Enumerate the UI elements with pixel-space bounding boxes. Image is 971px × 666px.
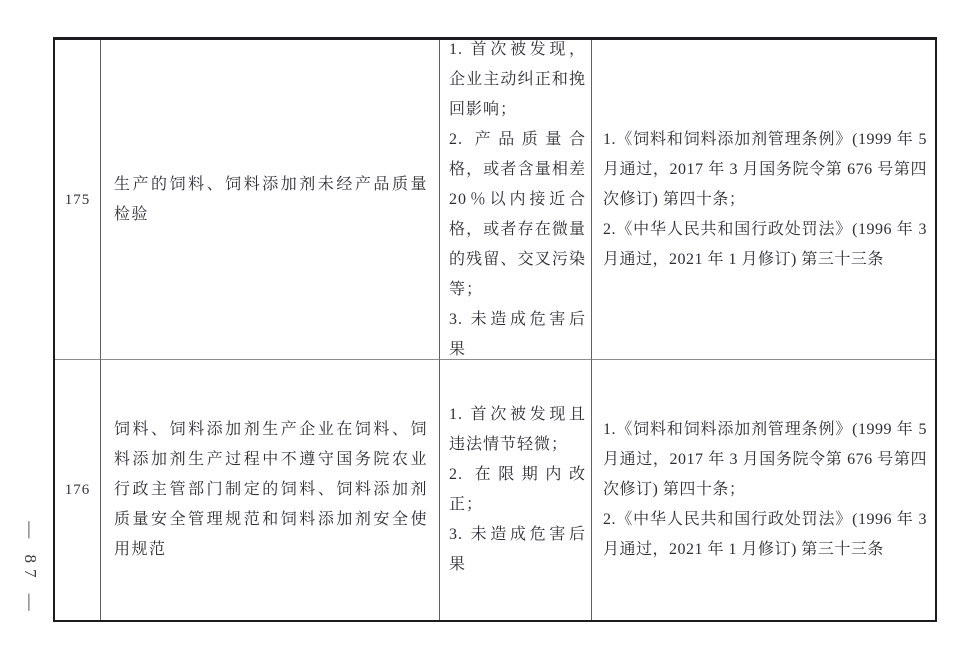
legal-basis-item: 2.《中华人民共和国行政处罚法》(1996 年 3 月通过，2021 年 1 月… xyxy=(603,215,927,275)
row-id: 175 xyxy=(65,185,91,215)
condition-item: 2. 在限期内改正； xyxy=(449,460,586,520)
legal-basis-item: 1.《饲料和饲料添加剂管理条例》(1999 年 5 月通过，2017 年 3 月… xyxy=(603,415,927,505)
document-page: — 87 — 175 生产的饲料、饲料添加剂未经产品质量检验 1. 首次被发现，… xyxy=(0,0,971,666)
violation-cell: 生产的饲料、饲料添加剂未经产品质量检验 xyxy=(101,40,440,360)
violation-text: 饲料、饲料添加剂生产企业在饲料、饲料添加剂生产过程中不遵守国务院农业行政主管部门… xyxy=(114,415,428,565)
legal-basis-cell: 1.《饲料和饲料添加剂管理条例》(1999 年 5 月通过，2017 年 3 月… xyxy=(592,360,935,620)
regulation-table: 175 生产的饲料、饲料添加剂未经产品质量检验 1. 首次被发现，企业主动纠正和… xyxy=(53,37,937,622)
condition-item: 1. 首次被发现，企业主动纠正和挽回影响； xyxy=(449,40,586,125)
row-id: 176 xyxy=(65,475,91,505)
row-id-cell: 176 xyxy=(55,360,101,620)
condition-item: 1. 首次被发现且违法情节轻微； xyxy=(449,400,586,460)
legal-basis-cell: 1.《饲料和饲料添加剂管理条例》(1999 年 5 月通过，2017 年 3 月… xyxy=(592,40,935,360)
row-id-cell: 175 xyxy=(55,40,101,360)
legal-basis-item: 2.《中华人民共和国行政处罚法》(1996 年 3 月通过，2021 年 1 月… xyxy=(603,505,927,565)
violation-text: 生产的饲料、饲料添加剂未经产品质量检验 xyxy=(114,170,428,230)
condition-item: 2. 产品质量合格，或者含量相差 20％以内接近合格，或者存在微量的残留、交叉污… xyxy=(449,125,586,305)
condition-item: 3. 未造成危害后果 xyxy=(449,520,586,580)
conditions-cell: 1. 首次被发现且违法情节轻微； 2. 在限期内改正； 3. 未造成危害后果 xyxy=(440,360,592,620)
violation-cell: 饲料、饲料添加剂生产企业在饲料、饲料添加剂生产过程中不遵守国务院农业行政主管部门… xyxy=(101,360,440,620)
conditions-cell: 1. 首次被发现，企业主动纠正和挽回影响； 2. 产品质量合格，或者含量相差 2… xyxy=(440,40,592,360)
condition-item: 3. 未造成危害后果 xyxy=(449,305,586,361)
page-number: — 87 — xyxy=(18,513,40,625)
legal-basis-item: 1.《饲料和饲料添加剂管理条例》(1999 年 5 月通过，2017 年 3 月… xyxy=(603,125,927,215)
